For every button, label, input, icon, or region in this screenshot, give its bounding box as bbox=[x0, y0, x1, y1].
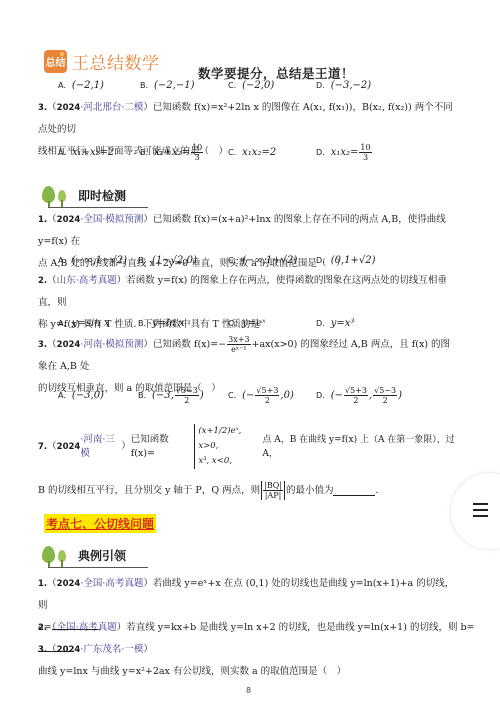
option-d: D.y=x³ bbox=[316, 318, 354, 329]
question-line-1: 3.（2024·河北邢台·二模）已知函数 f(x)=x²+2ln x 的图像在 … bbox=[38, 97, 458, 141]
option-b: B.(−2,−1) bbox=[140, 80, 228, 91]
option-d: D.x₁x₂=103 bbox=[316, 143, 373, 162]
option-a: A.(−2,1) bbox=[58, 80, 140, 91]
question-line-1: 3.（2024·广东茂名·一模）曲线 y=lnx 与曲线 y=x²+2ax 有公… bbox=[38, 639, 458, 683]
option-c: C.x₁x₂=2 bbox=[228, 147, 316, 158]
question-line-1: 3.（2024·河南·模拟预测）已知函数 f(x)=−3x+3eˣ⁻¹+ax(x… bbox=[38, 334, 458, 378]
option-c: C.(−2,0) bbox=[228, 80, 316, 91]
section-title: 典例引领 bbox=[78, 547, 126, 564]
option-d: D.(−√5+32,√5−32) bbox=[316, 386, 402, 405]
prev-question-options: A.(−2,1) B.(−2,−1) C.(−2,0) D.(−3,−2) bbox=[58, 80, 371, 91]
question-line-1: 7.（2024·河南·三模）已知函数 f(x)= (x+1/2)eˣ, x>0,… bbox=[38, 424, 458, 469]
question-3-options: A.x₁+x₂=2 B.x₁+x₂=103 C.x₁x₂=2 D.x₁x₂=10… bbox=[58, 143, 373, 162]
option-b: B.(−3,√5−32) bbox=[138, 386, 228, 405]
hamburger-menu-icon[interactable] bbox=[473, 503, 488, 521]
question-line-1: 1.（2024·全国·模拟预测）已知函数 f(x)=(x+a)²+lnx 的图象… bbox=[38, 209, 458, 253]
document-page: 总结 王总结数学 数学要提分，总结是王道！ A.(−2,1) B.(−2,−1)… bbox=[0, 0, 500, 720]
option-a: A.(−3,0) bbox=[58, 390, 138, 401]
jishi-question-7: 7.（2024·河南·三模）已知函数 f(x)= (x+1/2)eˣ, x>0,… bbox=[38, 424, 458, 500]
section-title: 即时检测 bbox=[78, 187, 126, 204]
jishi-question-3-options: A.(−3,0) B.(−3,√5−32) C.(−√5+32,0) D.(−√… bbox=[58, 386, 402, 405]
answer-blank[interactable] bbox=[333, 486, 375, 496]
section-header-dianli: 典例引领 bbox=[40, 542, 126, 568]
option-a: A.y=sin x bbox=[58, 318, 138, 329]
dianli-question-3: 3.（2024·广东茂名·一模）曲线 y=lnx 与曲线 y=x²+2ax 有公… bbox=[38, 639, 458, 683]
option-b: B.x₁+x₂=103 bbox=[140, 143, 228, 162]
question-line-1: 1.（2024·全国·高考真题）若曲线 y=eˣ+x 在点 (0,1) 处的切线… bbox=[38, 573, 458, 617]
option-c: C.(−∞,1+√2) bbox=[228, 255, 316, 266]
option-a: A.(−∞,1−√2) bbox=[58, 255, 138, 266]
piecewise-function: (x+1/2)eˣ, x>0, x³, x<0, bbox=[194, 424, 259, 469]
brand-logo-icon: 总结 bbox=[44, 50, 67, 73]
tree-icon bbox=[40, 184, 74, 208]
tree-icon bbox=[40, 544, 74, 568]
question-line-1: 2.（山东·高考真题）若函数 y=f(x) 的图象上存在两点，使得函数的图象在这… bbox=[38, 270, 458, 314]
jishi-question-1-options: A.(−∞,1−√2) B.(1−√2,0) C.(−∞,1+√2) D.(0,… bbox=[58, 255, 376, 266]
brand-name: 王总结数学 bbox=[72, 49, 160, 74]
option-c: C.y=eˣ bbox=[228, 318, 316, 329]
brand-header: 总结 王总结数学 bbox=[44, 48, 160, 74]
option-d: D.(−3,−2) bbox=[316, 80, 371, 91]
page-number: 8 bbox=[246, 686, 251, 695]
section-header-jishi: 即时检测 bbox=[40, 182, 126, 208]
option-a: A.x₁+x₂=2 bbox=[58, 147, 140, 158]
topic-heading: 考点七、公切线问题 bbox=[44, 514, 156, 533]
jishi-question-2-options: A.y=sin x B.y=ln x C.y=eˣ D.y=x³ bbox=[58, 318, 354, 329]
option-b: B.(1−√2,0) bbox=[138, 255, 228, 266]
question-line-2: B 的切线相互平行，且分别交 y 轴于 P，Q 两点，则 |BQ||AP| 的最… bbox=[38, 481, 458, 500]
option-b: B.y=ln x bbox=[138, 318, 228, 329]
option-c: C.(−√5+32,0) bbox=[228, 386, 316, 405]
option-d: D.(0,1+√2) bbox=[316, 255, 376, 266]
